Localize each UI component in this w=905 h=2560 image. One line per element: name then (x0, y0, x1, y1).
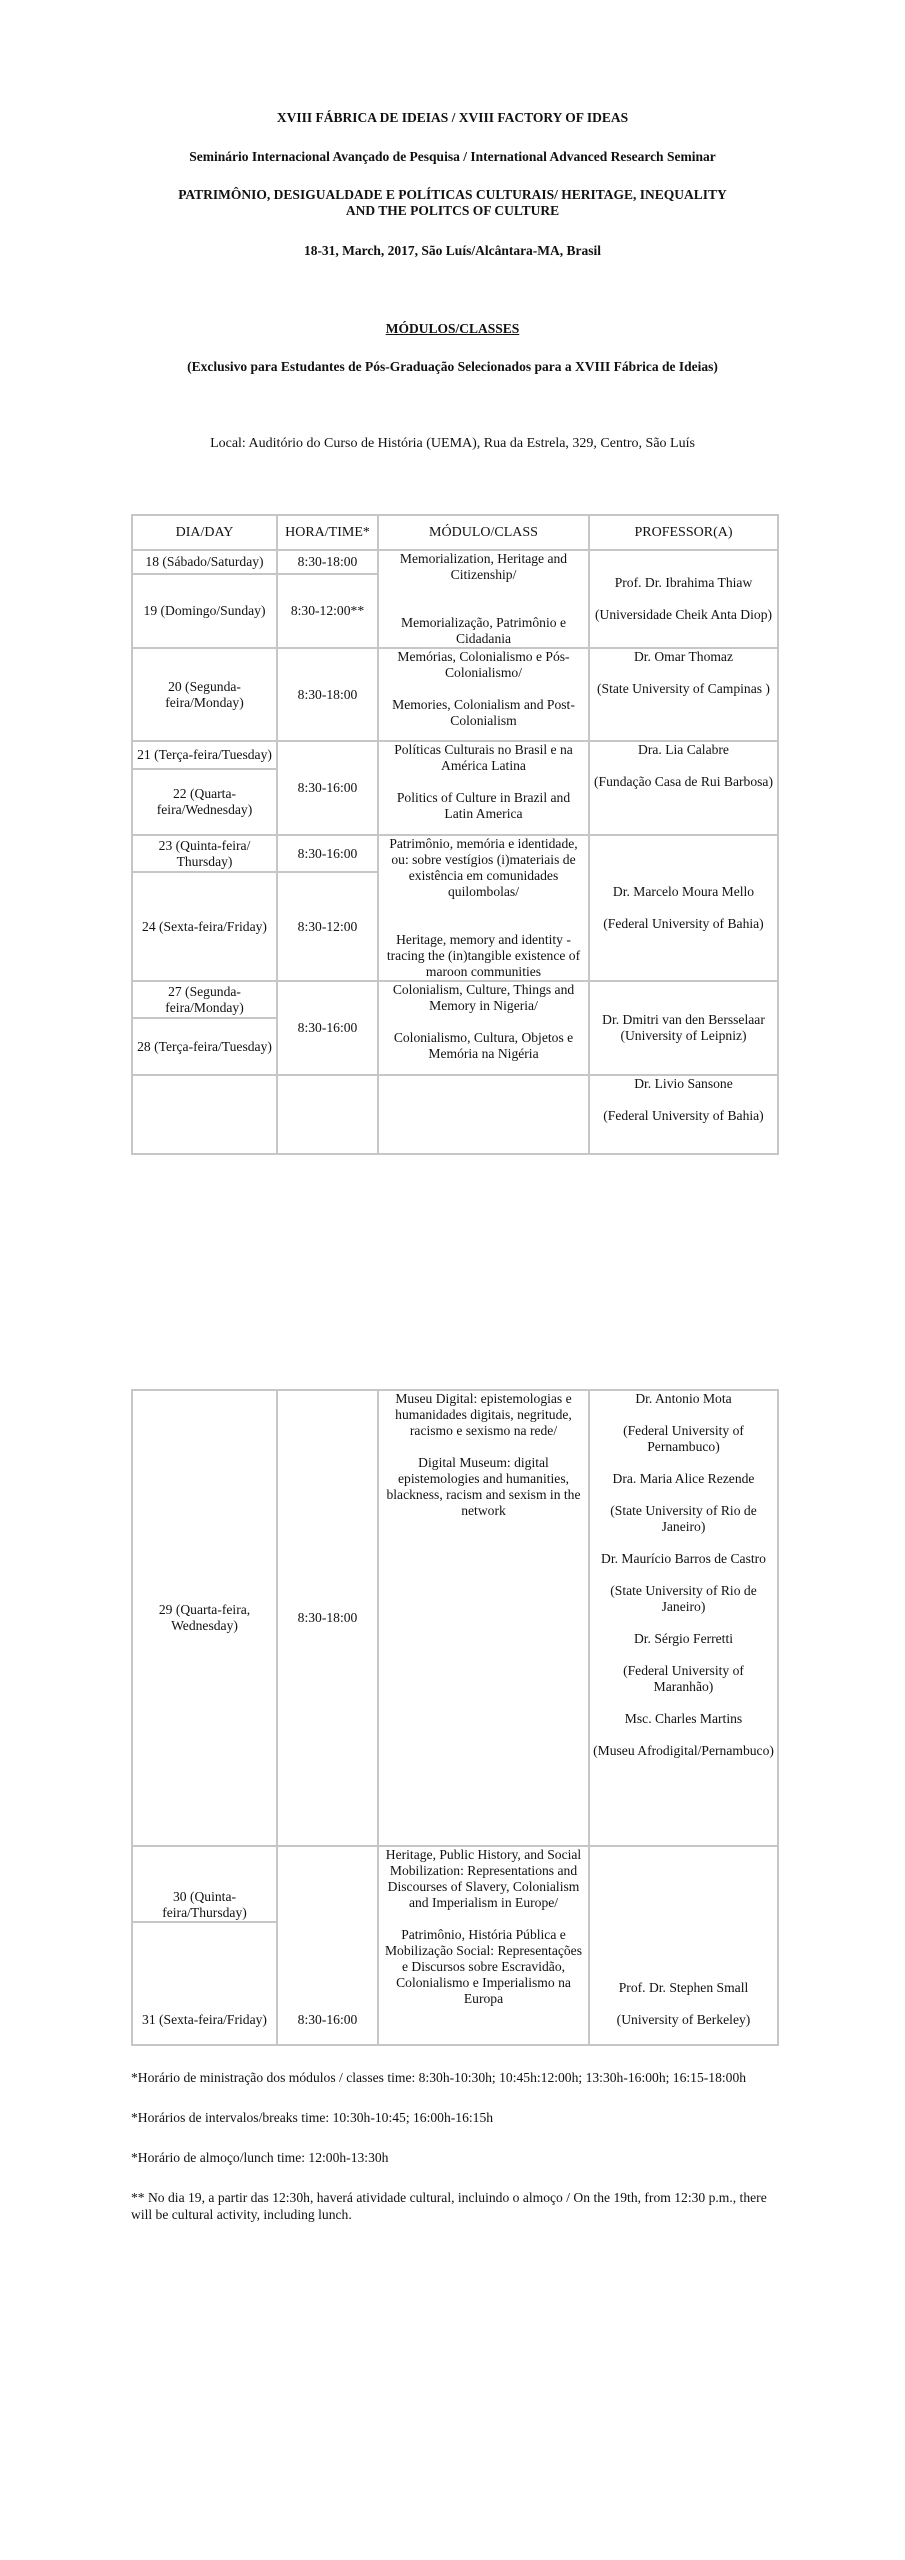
professor-cell: Dr. Omar Thomaz (State University of Cam… (589, 648, 778, 741)
module-title-pt: Colonialismo, Cultura, Objetos e Memória… (381, 1030, 586, 1062)
module-cell: Patrimônio, memória e identidade, ou: so… (378, 835, 589, 981)
time-cell: 8:30-16:00 (277, 1846, 378, 2045)
time-cell: 8:30-12:00 (277, 872, 378, 981)
module-title-en: Memories, Colonialism and Post-Coloniali… (381, 697, 586, 729)
schedule-table-part-1: DIA/DAY HORA/TIME* MÓDULO/CLASS PROFESSO… (131, 514, 779, 1155)
professor-name: Dr. Dmitri van den Bersselaar (592, 1012, 775, 1028)
professor-cell: Prof. Dr. Stephen Small (University of B… (589, 1846, 778, 2045)
day-cell: 19 (Domingo/Sunday) (132, 574, 277, 648)
module-title-en: Colonialism, Culture, Things and Memory … (381, 982, 586, 1014)
day-cell: 18 (Sábado/Saturday) (132, 550, 277, 574)
module-title-pt: Museu Digital: epistemologias e humanida… (381, 1391, 586, 1439)
day-cell: 28 (Terça-feira/Tuesday) (132, 1018, 277, 1075)
module-cell: Políticas Culturais no Brasil e na Améri… (378, 741, 589, 835)
module-cell: Museu Digital: epistemologias e humanida… (378, 1390, 589, 1846)
table-row: 23 (Quinta-feira/ Thursday) 8:30-16:00 P… (132, 835, 778, 872)
module-title-pt: Políticas Culturais no Brasil e na Améri… (381, 742, 586, 774)
schedule-table-part-2: 29 (Quarta-feira, Wednesday) 8:30-18:00 … (131, 1389, 779, 2046)
audience-note: (Exclusivo para Estudantes de Pós-Gradua… (0, 359, 905, 375)
professor-institution: (State University of Rio de Janeiro) (592, 1503, 775, 1535)
day-cell: 22 (Quarta-feira/Wednesday) (132, 769, 277, 835)
time-cell: 8:30-12:00** (277, 574, 378, 648)
professor-institution: (Federal University of Maranhão) (592, 1663, 775, 1695)
professor-cell: Dr. Antonio Mota (Federal University of … (589, 1390, 778, 1846)
footnote-classes-time: *Horário de ministração dos módulos / cl… (131, 2069, 781, 2086)
footnote-cultural-activity: ** No dia 19, a partir das 12:30h, haver… (131, 2189, 781, 2223)
theme-line-2: AND THE POLITCS OF CULTURE (0, 203, 905, 219)
table-row: 21 (Terça-feira/Tuesday) 8:30-16:00 Polí… (132, 741, 778, 769)
professor-name: Dr. Omar Thomaz (592, 649, 775, 665)
professor-name: Dra. Lia Calabre (592, 742, 775, 758)
header-time: HORA/TIME* (277, 515, 378, 550)
module-cell: Memorialization, Heritage and Citizenshi… (378, 550, 589, 648)
table-row: 18 (Sábado/Saturday) 8:30-18:00 Memorial… (132, 550, 778, 574)
header-professor: PROFESSOR(A) (589, 515, 778, 550)
time-cell-empty (277, 1075, 378, 1154)
table-row: 30 (Quinta-feira/Thursday) 8:30-16:00 He… (132, 1846, 778, 1922)
professor-institution: (Federal University of Bahia) (592, 916, 775, 932)
time-cell: 8:30-16:00 (277, 835, 378, 872)
location: Local: Auditório do Curso de História (U… (0, 436, 905, 452)
professor-institution: (Federal University of Pernambuco) (592, 1423, 775, 1455)
table-row: 29 (Quarta-feira, Wednesday) 8:30-18:00 … (132, 1390, 778, 1846)
professor-institution: (Federal University of Bahia) (592, 1108, 775, 1124)
day-cell: 30 (Quinta-feira/Thursday) (132, 1846, 277, 1922)
professor-cell: Dr. Livio Sansone (Federal University of… (589, 1075, 778, 1154)
professor-name: Dr. Antonio Mota (592, 1391, 775, 1407)
module-cell: Heritage, Public History, and Social Mob… (378, 1846, 589, 2045)
header-day: DIA/DAY (132, 515, 277, 550)
module-title-en: Digital Museum: digital epistemologies a… (381, 1455, 586, 1519)
table-row: 20 (Segunda-feira/Monday) 8:30-18:00 Mem… (132, 648, 778, 741)
professor-name: Msc. Charles Martins (592, 1711, 775, 1727)
event-dates: 18-31, March, 2017, São Luís/Alcântara-M… (0, 243, 905, 259)
section-title: MÓDULOS/CLASSES (0, 321, 905, 337)
day-cell: 31 (Sexta-feira/Friday) (132, 1922, 277, 2045)
module-cell-empty (378, 1075, 589, 1154)
day-cell-empty (132, 1075, 277, 1154)
day-cell: 29 (Quarta-feira, Wednesday) (132, 1390, 277, 1846)
module-title-en: Heritage, Public History, and Social Mob… (381, 1847, 586, 1911)
professor-cell: Dr. Dmitri van den Bersselaar (Universit… (589, 981, 778, 1075)
professor-cell: Dra. Lia Calabre (Fundação Casa de Rui B… (589, 741, 778, 835)
table-row: Dr. Livio Sansone (Federal University of… (132, 1075, 778, 1154)
day-cell: 21 (Terça-feira/Tuesday) (132, 741, 277, 769)
professor-name: Prof. Dr. Stephen Small (592, 1980, 775, 1996)
module-title-pt: Patrimônio, História Pública e Mobilizaç… (381, 1927, 586, 2007)
module-cell: Colonialism, Culture, Things and Memory … (378, 981, 589, 1075)
day-cell: 23 (Quinta-feira/ Thursday) (132, 835, 277, 872)
professor-institution: (Fundação Casa de Rui Barbosa) (592, 774, 775, 790)
time-cell: 8:30-18:00 (277, 648, 378, 741)
professor-institution: (Universidade Cheik Anta Diop) (592, 607, 775, 623)
professor-institution: (Museu Afrodigital/Pernambuco) (592, 1743, 775, 1759)
table-header-row: DIA/DAY HORA/TIME* MÓDULO/CLASS PROFESSO… (132, 515, 778, 550)
time-cell: 8:30-18:00 (277, 1390, 378, 1846)
footnote-breaks-time: *Horários de intervalos/breaks time: 10:… (131, 2109, 781, 2126)
module-title-pt: Patrimônio, memória e identidade, ou: so… (381, 836, 586, 900)
day-cell: 20 (Segunda-feira/Monday) (132, 648, 277, 741)
professor-name: Dr. Maurício Barros de Castro (592, 1551, 775, 1567)
module-title-en: Memorialization, Heritage and Citizenshi… (381, 551, 586, 583)
professor-institution: (University of Berkeley) (592, 2012, 775, 2028)
document-title: XVIII FÁBRICA DE IDEIAS / XVIII FACTORY … (0, 110, 905, 126)
table-row: 27 (Segunda-feira/Monday) 8:30-16:00 Col… (132, 981, 778, 1018)
day-cell: 24 (Sexta-feira/Friday) (132, 872, 277, 981)
professor-name: Dra. Maria Alice Rezende (592, 1471, 775, 1487)
footnote-lunch-time: *Horário de almoço/lunch time: 12:00h-13… (131, 2149, 781, 2166)
time-cell: 8:30-16:00 (277, 981, 378, 1075)
professor-name: Prof. Dr. Ibrahima Thiaw (592, 575, 775, 591)
module-title-pt: Memorialização, Patrimônio e Cidadania (381, 615, 586, 647)
module-title-en: Politics of Culture in Brazil and Latin … (381, 790, 586, 822)
professor-institution: (State University of Rio de Janeiro) (592, 1583, 775, 1615)
time-cell: 8:30-16:00 (277, 741, 378, 835)
module-title-pt: Memórias, Colonialismo e Pós-Colonialism… (381, 649, 586, 681)
professor-name: Dr. Sérgio Ferretti (592, 1631, 775, 1647)
professor-institution: (State University of Campinas ) (592, 681, 775, 697)
professor-cell: Dr. Marcelo Moura Mello (Federal Univers… (589, 835, 778, 981)
document-subtitle: Seminário Internacional Avançado de Pesq… (0, 149, 905, 165)
module-title-en: Heritage, memory and identity - tracing … (381, 932, 586, 980)
professor-cell: Prof. Dr. Ibrahima Thiaw (Universidade C… (589, 550, 778, 648)
professor-institution: (University of Leipniz) (592, 1028, 775, 1044)
professor-name: Dr. Marcelo Moura Mello (592, 884, 775, 900)
footnotes: *Horário de ministração dos módulos / cl… (131, 2069, 781, 2246)
professor-name: Dr. Livio Sansone (592, 1076, 775, 1092)
time-cell: 8:30-18:00 (277, 550, 378, 574)
day-cell: 27 (Segunda-feira/Monday) (132, 981, 277, 1018)
theme-line-1: PATRIMÔNIO, DESIGUALDADE E POLÍTICAS CUL… (0, 187, 905, 203)
header-module: MÓDULO/CLASS (378, 515, 589, 550)
module-cell: Memórias, Colonialismo e Pós-Colonialism… (378, 648, 589, 741)
